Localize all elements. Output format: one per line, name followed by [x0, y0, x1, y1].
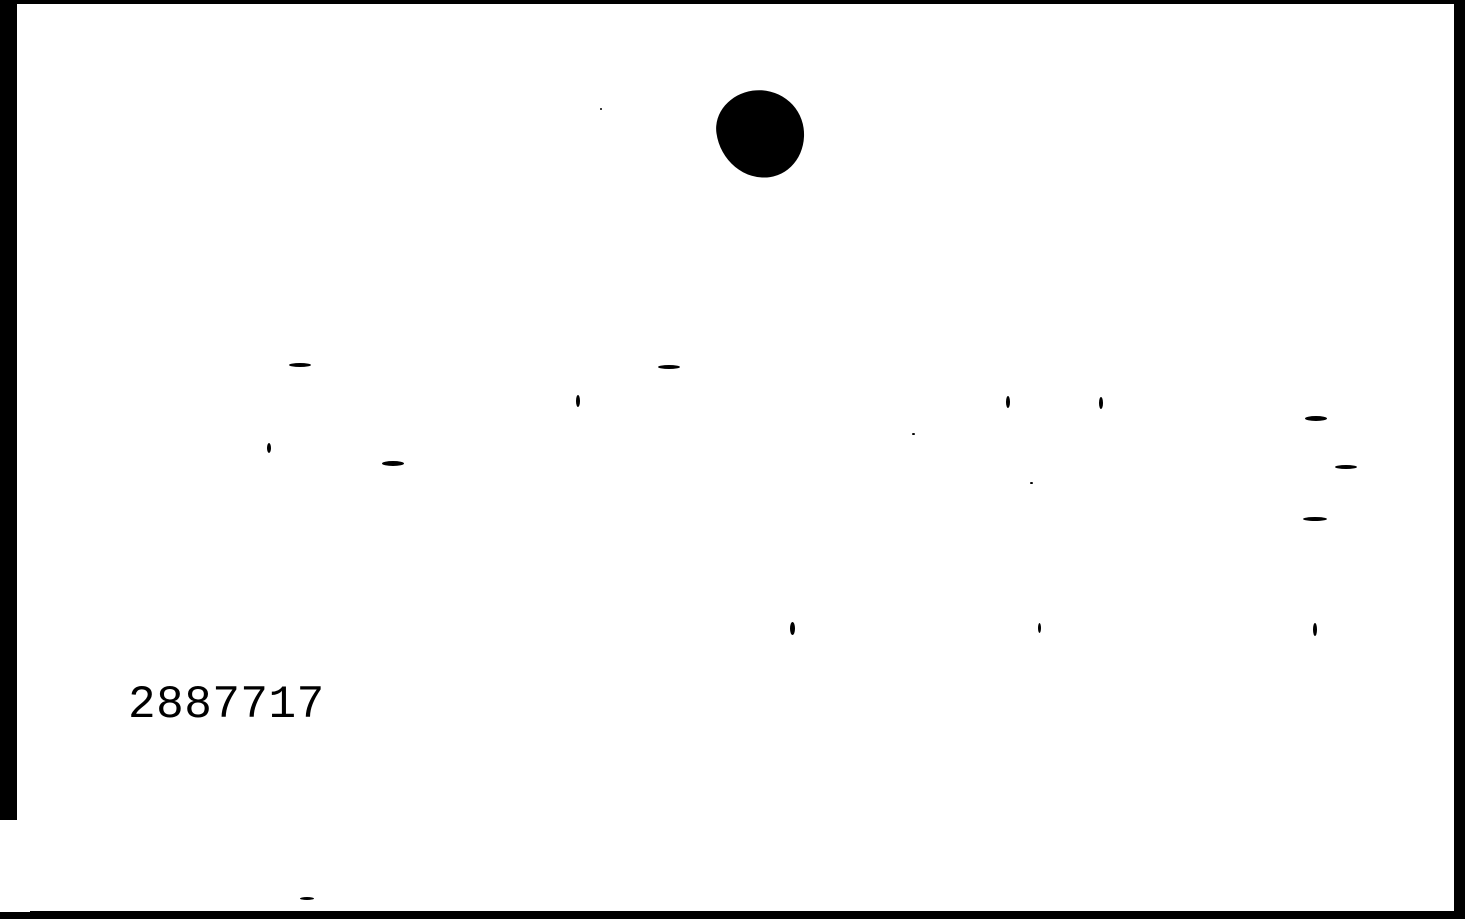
scan-speck	[1030, 482, 1033, 484]
scan-speck	[382, 461, 404, 466]
scan-speck	[1038, 623, 1041, 633]
scan-speck	[1303, 517, 1327, 521]
scan-speck	[289, 363, 311, 367]
scan-speck	[1305, 416, 1327, 421]
card-edge	[0, 820, 30, 912]
scan-speck	[1006, 396, 1010, 408]
scan-speck	[790, 622, 795, 635]
scan-speck	[658, 365, 680, 369]
scan-speck	[300, 897, 314, 900]
scan-speck	[600, 108, 602, 110]
card-number: 2887717	[128, 682, 325, 728]
scan-speck	[267, 443, 271, 453]
scan-speck	[912, 433, 915, 435]
scan-speck	[1099, 397, 1103, 409]
scan-speck	[1335, 465, 1357, 469]
scan-speck	[1313, 623, 1317, 636]
scan-speck	[576, 395, 580, 407]
card-edge	[17, 45, 21, 815]
